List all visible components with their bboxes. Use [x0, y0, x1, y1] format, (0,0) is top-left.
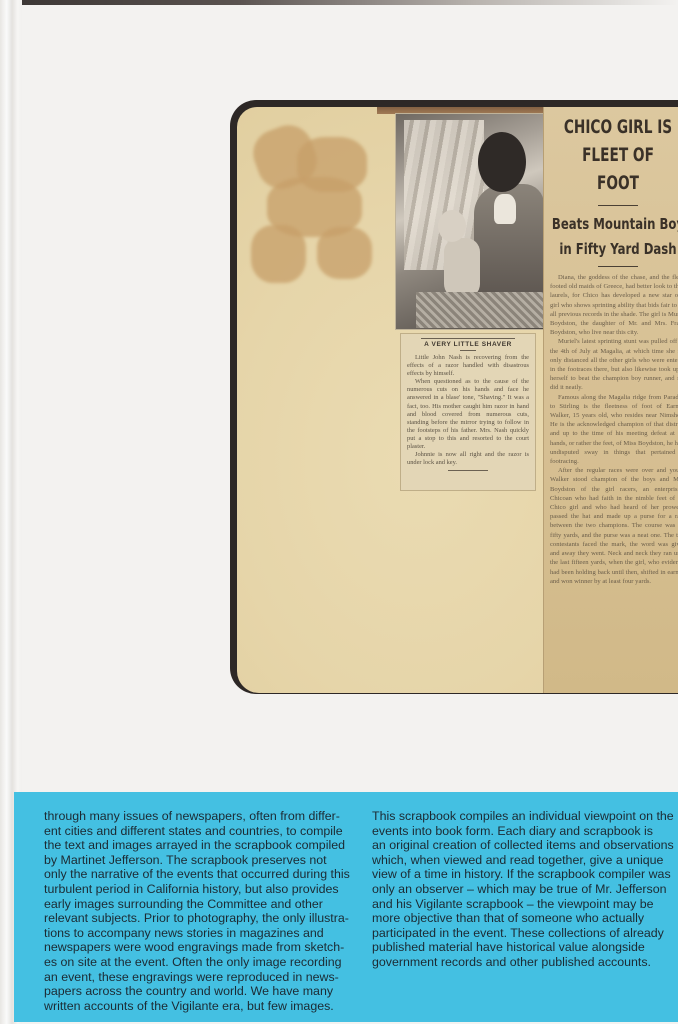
caption-line: and his Vigilante scrapbook – the viewpo…	[372, 897, 678, 912]
caption-line: relevant subjects. Prior to photography,…	[44, 911, 356, 926]
caption-line: newspapers were wood engravings made fro…	[44, 940, 356, 955]
caption-line: view of a time in history. If the scrapb…	[372, 867, 678, 882]
caption-line: by Martinet Jefferson. The scrapbook pre…	[44, 853, 356, 868]
photo-bow	[494, 194, 516, 224]
clipping-body: Diana, the goddess of the chase, and the…	[550, 273, 678, 586]
clipping-little-shaver: A VERY LITTLE SHAVER Little John Nash is…	[400, 333, 536, 491]
caption-left-column: through many issues of newspapers, often…	[44, 809, 356, 1013]
scrapbook-photo: A VERY LITTLE SHAVER Little John Nash is…	[230, 100, 678, 694]
headline-line: CHICO GIRL IS	[547, 113, 678, 141]
divider	[460, 350, 476, 351]
photo-baby-body	[444, 238, 480, 298]
caption-right-column: This scrapbook compiles an individual vi…	[372, 809, 678, 970]
clipping-headline: CHICO GIRL IS FLEET OF FOOT	[547, 113, 678, 197]
caption-line: an event, these engravings were reproduc…	[44, 970, 356, 985]
caption-line: turbulent period in California history, …	[44, 882, 356, 897]
caption-line: only an observer – which may be true of …	[372, 882, 678, 897]
caption-line: the text and images arrayed in the scrap…	[44, 838, 356, 853]
caption-line: through many issues of newspapers, often…	[44, 809, 356, 824]
stain-mark	[317, 227, 372, 279]
headline-line: FOOT	[547, 169, 678, 197]
top-edge-shadow	[0, 0, 678, 5]
clipping-small-paragraph: Johnnie is now all right and the razor i…	[407, 451, 529, 467]
caption-line: written accounts of the Vigilante era, b…	[44, 999, 356, 1014]
caption-line: which, when viewed and read together, gi…	[372, 853, 678, 868]
subhead-line: Beats Mountain Boy	[546, 212, 678, 237]
caption-line: tions to accompany news stories in magaz…	[44, 926, 356, 941]
caption-line: more objective than that of someone who …	[372, 911, 678, 926]
clipping-chico-girl: CHICO GIRL IS FLEET OF FOOT Beats Mounta…	[543, 107, 678, 693]
scrapbook-page: A VERY LITTLE SHAVER Little John Nash is…	[237, 107, 678, 693]
photo-mother-head	[478, 132, 526, 192]
caption-line: government records and other published a…	[372, 955, 678, 970]
clipping-small-paragraph: When questioned as to the cause of the n…	[407, 378, 529, 451]
clipping-small-headline: A VERY LITTLE SHAVER	[421, 338, 515, 348]
caption-line: es on site at the event. Often the only …	[44, 955, 356, 970]
photo-baby-head	[438, 210, 466, 242]
clipping-paragraph: Muriel's latest sprinting stunt was pull…	[550, 337, 678, 392]
photo-woman-with-baby	[395, 113, 547, 330]
subhead-line: in Fifty Yard Dash	[546, 237, 678, 262]
clipping-small-paragraph: Little John Nash is recovering from the …	[407, 354, 529, 378]
clipping-subhead: Beats Mountain Boy in Fifty Yard Dash	[546, 212, 678, 262]
caption-line: papers across the country and world. We …	[44, 984, 356, 999]
caption-line: early images surrounding the Committee a…	[44, 897, 356, 912]
clipping-paragraph: Diana, the goddess of the chase, and the…	[550, 273, 678, 337]
caption-line: participated in the event. These collect…	[372, 926, 678, 941]
caption-line: published material have historical value…	[372, 940, 678, 955]
caption-line: events into book form. Each diary and sc…	[372, 824, 678, 839]
caption-line: ent cities and different states and coun…	[44, 824, 356, 839]
divider	[448, 470, 488, 471]
stain-mark	[251, 225, 306, 283]
caption-line: an original creation of collected items …	[372, 838, 678, 853]
photo-blanket	[416, 292, 544, 328]
caption-line: only the narrative of the events that oc…	[44, 867, 356, 882]
caption-line: This scrapbook compiles an individual vi…	[372, 809, 678, 824]
divider	[598, 205, 638, 206]
divider	[598, 266, 638, 267]
clipping-paragraph: After the regular races were over and yo…	[550, 466, 678, 586]
headline-line: FLEET OF	[547, 141, 678, 169]
clipping-paragraph: Famous along the Magalia ridge from Para…	[550, 393, 678, 467]
